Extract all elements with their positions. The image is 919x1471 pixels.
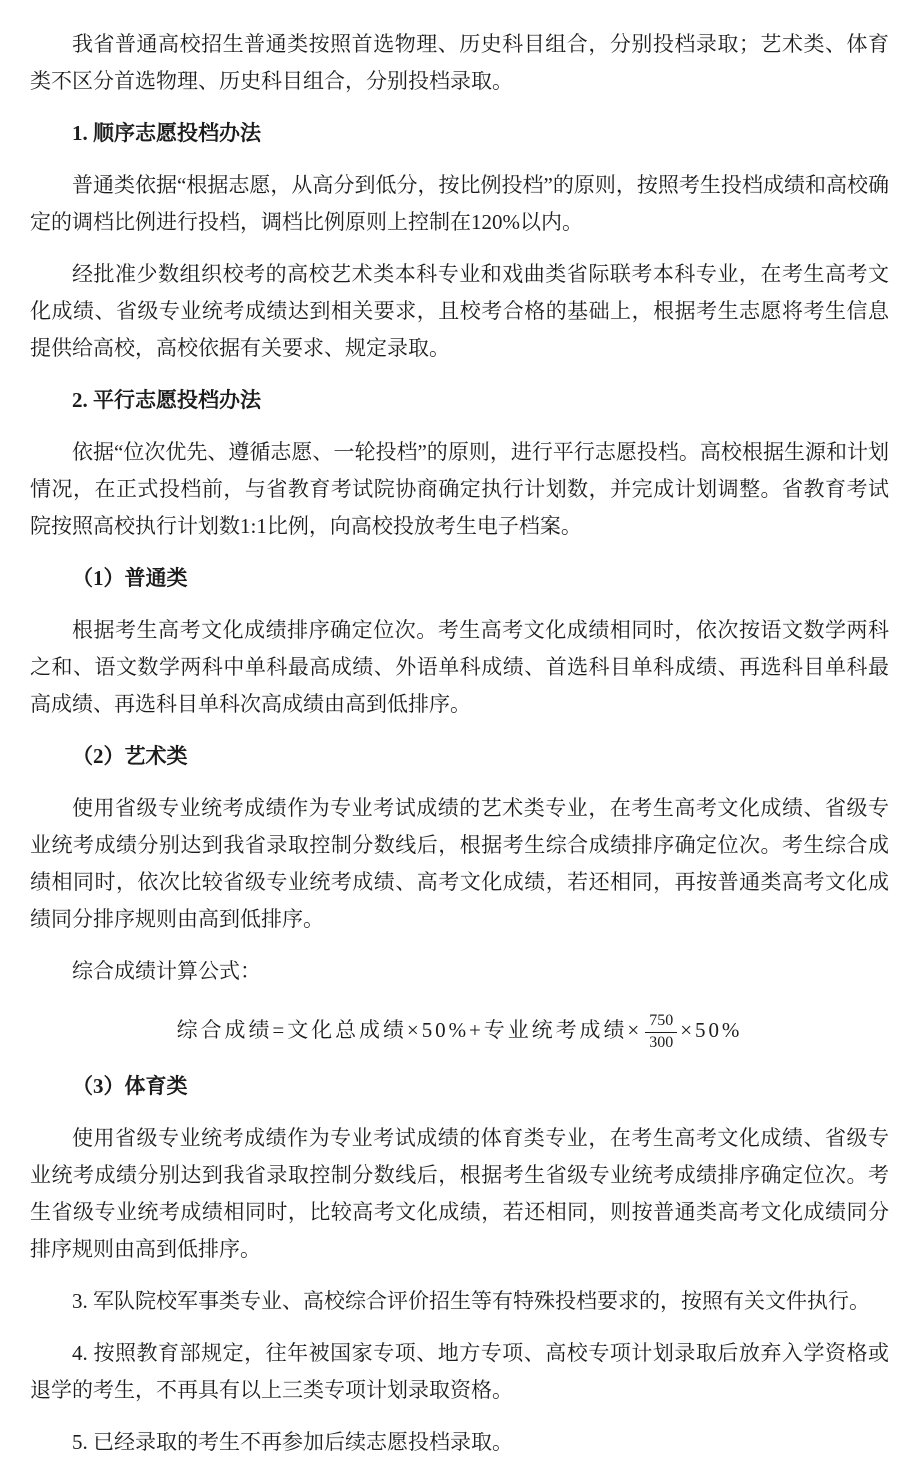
composite-score-formula: 综合成绩=文化总成绩×50%+专业统考成绩×750300×50% (30, 1005, 889, 1055)
paragraph-general-category: 根据考生高考文化成绩排序确定位次。考生高考文化成绩相同时，依次按语文数学两科之和… (30, 612, 889, 723)
formula-prefix: 综合成绩=文化总成绩×50%+专业统考成绩× (177, 1018, 643, 1042)
paragraph-intro: 我省普通高校招生普通类按照首选物理、历史科目组合，分别投档录取；艺术类、体育类不… (30, 26, 889, 100)
heading-art-category: （2）艺术类 (30, 738, 889, 775)
paragraph-military-special: 3. 军队院校军事类专业、高校综合评价招生等有特殊投档要求的，按照有关文件执行。 (30, 1283, 889, 1320)
paragraph-art-category: 使用省级专业统考成绩作为专业考试成绩的艺术类专业，在考生高考文化成绩、省级专业统… (30, 790, 889, 938)
heading-sports-category: （3）体育类 (30, 1068, 889, 1105)
paragraph-parallel-rule: 依据“位次优先、遵循志愿、一轮投档”的原则，进行平行志愿投档。高校根据生源和计划… (30, 434, 889, 545)
formula-fraction: 750300 (645, 1012, 677, 1052)
fraction-denominator: 300 (645, 1033, 677, 1052)
heading-sequential-voluntary: 1. 顺序志愿投档办法 (30, 115, 889, 152)
heading-general-category: （1）普通类 (30, 560, 889, 597)
heading-parallel-voluntary: 2. 平行志愿投档办法 (30, 382, 889, 419)
document-page: 我省普通高校招生普通类按照首选物理、历史科目组合，分别投档录取；艺术类、体育类不… (0, 0, 919, 1471)
fraction-numerator: 750 (645, 1012, 677, 1032)
paragraph-school-exam: 经批准少数组织校考的高校艺术类本科专业和戏曲类省际联考本科专业，在考生高考文化成… (30, 256, 889, 367)
paragraph-already-admitted: 5. 已经录取的考生不再参加后续志愿投档录取。 (30, 1424, 889, 1461)
formula-label: 综合成绩计算公式： (30, 953, 889, 990)
formula-suffix: ×50% (680, 1018, 742, 1042)
paragraph-sports-category: 使用省级专业统考成绩作为专业考试成绩的体育类专业，在考生高考文化成绩、省级专业统… (30, 1120, 889, 1268)
paragraph-special-plans: 4. 按照教育部规定，往年被国家专项、地方专项、高校专项计划录取后放弃入学资格或… (30, 1335, 889, 1409)
paragraph-sequential-rule: 普通类依据“根据志愿，从高分到低分，按比例投档”的原则，按照考生投档成绩和高校确… (30, 167, 889, 241)
